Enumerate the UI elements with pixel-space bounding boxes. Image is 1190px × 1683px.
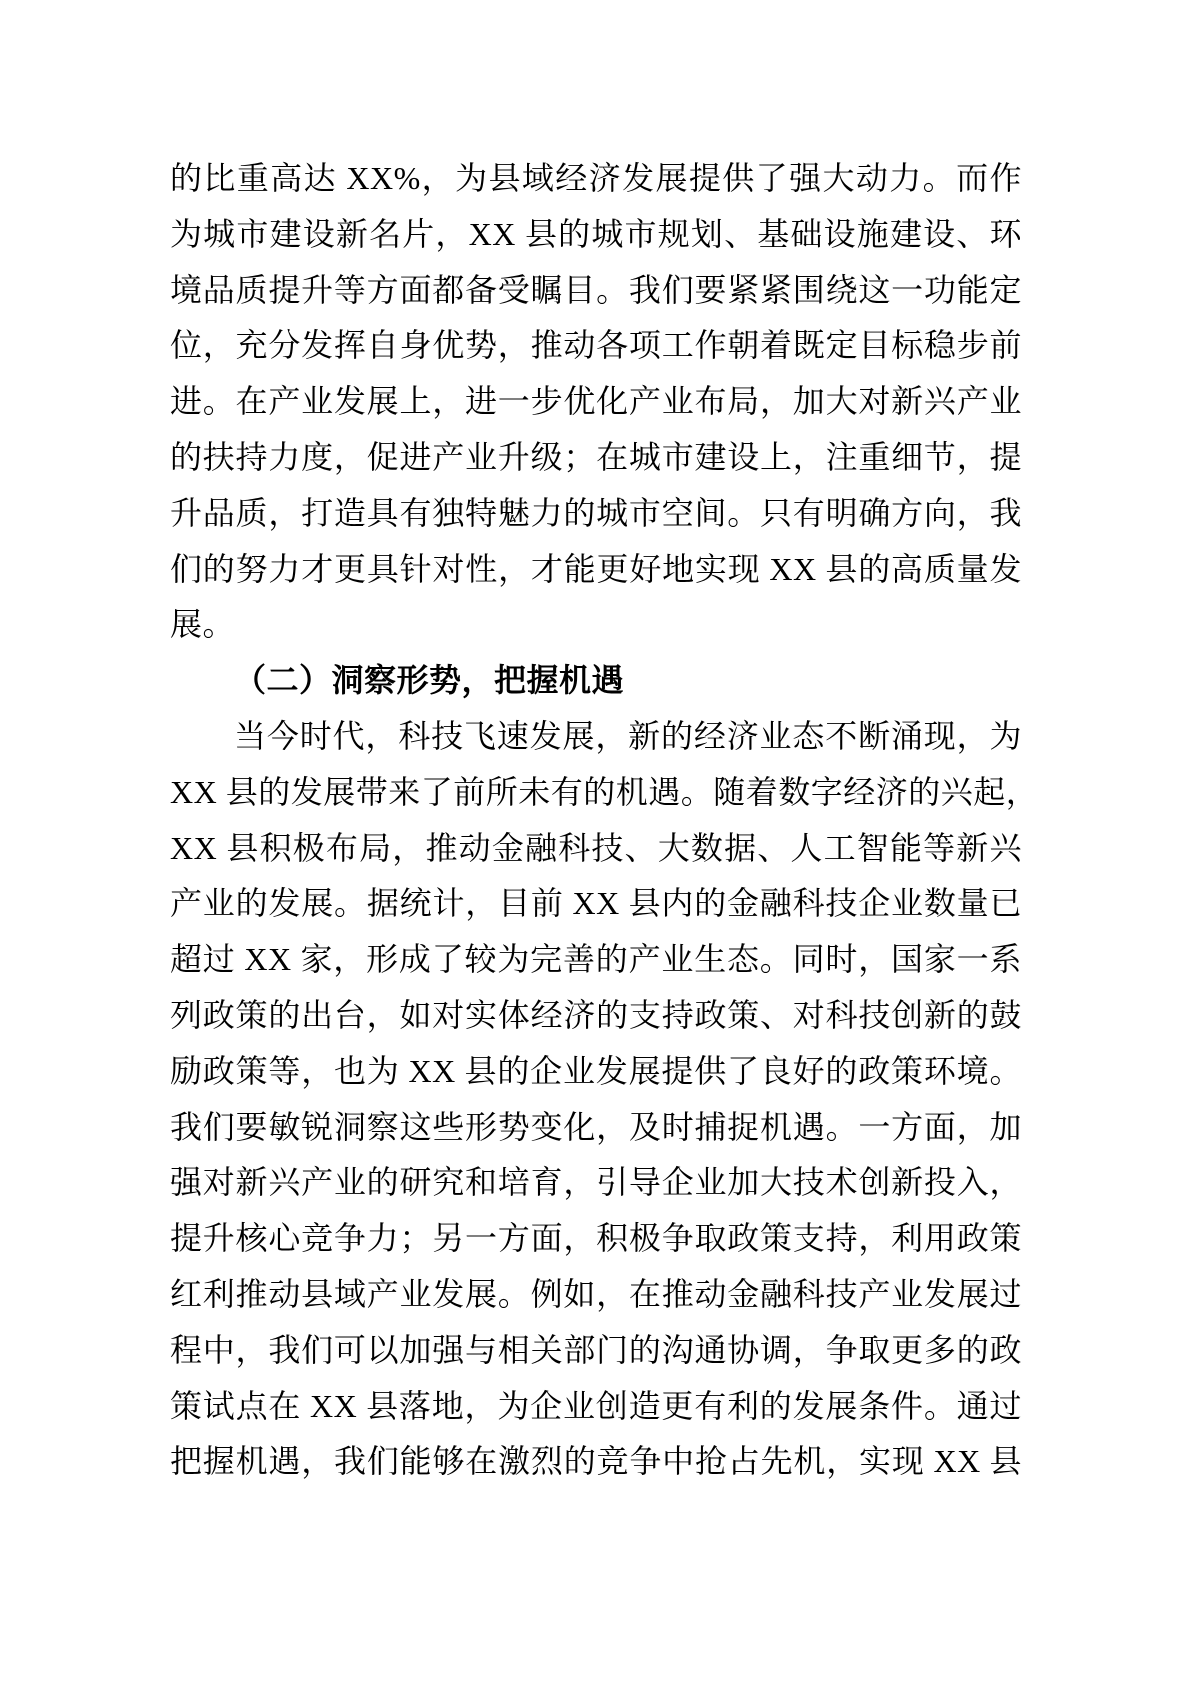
text-line: 超过 XX 家，形成了较为完善的产业生态。同时，国家一系 [170,932,1022,988]
text-line: 列政策的出台，如对实体经济的支持政策、对科技创新的鼓 [170,988,1022,1044]
text-line: 励政策等，也为 XX 县的企业发展提供了良好的政策环境。 [170,1044,1022,1100]
heading-text-line: （二）洞察形势，把握机遇 [170,653,1022,709]
text-line: 的扶持力度，促进产业升级；在城市建设上，注重细节，提 [170,430,1022,486]
text-line: XX 县积极布局，推动金融科技、大数据、人工智能等新兴 [170,821,1022,877]
text-line: 升品质，打造具有独特魅力的城市空间。只有明确方向，我 [170,486,1022,542]
text-line: 进。在产业发展上，进一步优化产业布局，加大对新兴产业 [170,374,1022,430]
text-line: 们的努力才更具针对性，才能更好地实现 XX 县的高质量发 [170,542,1022,598]
text-line: 当今时代，科技飞速发展，新的经济业态不断涌现，为 [170,709,1022,765]
text-line: 产业的发展。据统计，目前 XX 县内的金融科技企业数量已 [170,876,1022,932]
text-line: 强对新兴产业的研究和培育，引导企业加大技术创新投入， [170,1155,1022,1211]
text-line: 位，充分发挥自身优势，推动各项工作朝着既定目标稳步前 [170,318,1022,374]
paragraph: 当今时代，科技飞速发展，新的经济业态不断涌现，为XX 县的发展带来了前所未有的机… [170,709,1022,1490]
text-line: 红利推动县域产业发展。例如，在推动金融科技产业发展过 [170,1267,1022,1323]
document-page: 的比重高达 XX%，为县域经济发展提供了强大动力。而作为城市建设新名片，XX 县… [0,0,1190,1683]
text-line: 境品质提升等方面都备受瞩目。我们要紧紧围绕这一功能定 [170,263,1022,319]
text-line: 我们要敏锐洞察这些形势变化，及时捕捉机遇。一方面，加 [170,1100,1022,1156]
text-line: 策试点在 XX 县落地，为企业创造更有利的发展条件。通过 [170,1379,1022,1435]
text-line: 为城市建设新名片，XX 县的城市规划、基础设施建设、环 [170,207,1022,263]
text-line: XX 县的发展带来了前所未有的机遇。随着数字经济的兴起， [170,765,1022,821]
text-line: 展。 [170,597,1022,653]
text-line: 的比重高达 XX%，为县域经济发展提供了强大动力。而作 [170,151,1022,207]
text-line: 提升核心竞争力；另一方面，积极争取政策支持，利用政策 [170,1211,1022,1267]
document-content: 的比重高达 XX%，为县域经济发展提供了强大动力。而作为城市建设新名片，XX 县… [170,151,1022,1490]
section-heading: （二）洞察形势，把握机遇 [170,653,1022,709]
text-line: 把握机遇，我们能够在激烈的竞争中抢占先机，实现 XX 县 [170,1434,1022,1490]
paragraph: 的比重高达 XX%，为县域经济发展提供了强大动力。而作为城市建设新名片，XX 县… [170,151,1022,653]
text-line: 程中，我们可以加强与相关部门的沟通协调，争取更多的政 [170,1323,1022,1379]
